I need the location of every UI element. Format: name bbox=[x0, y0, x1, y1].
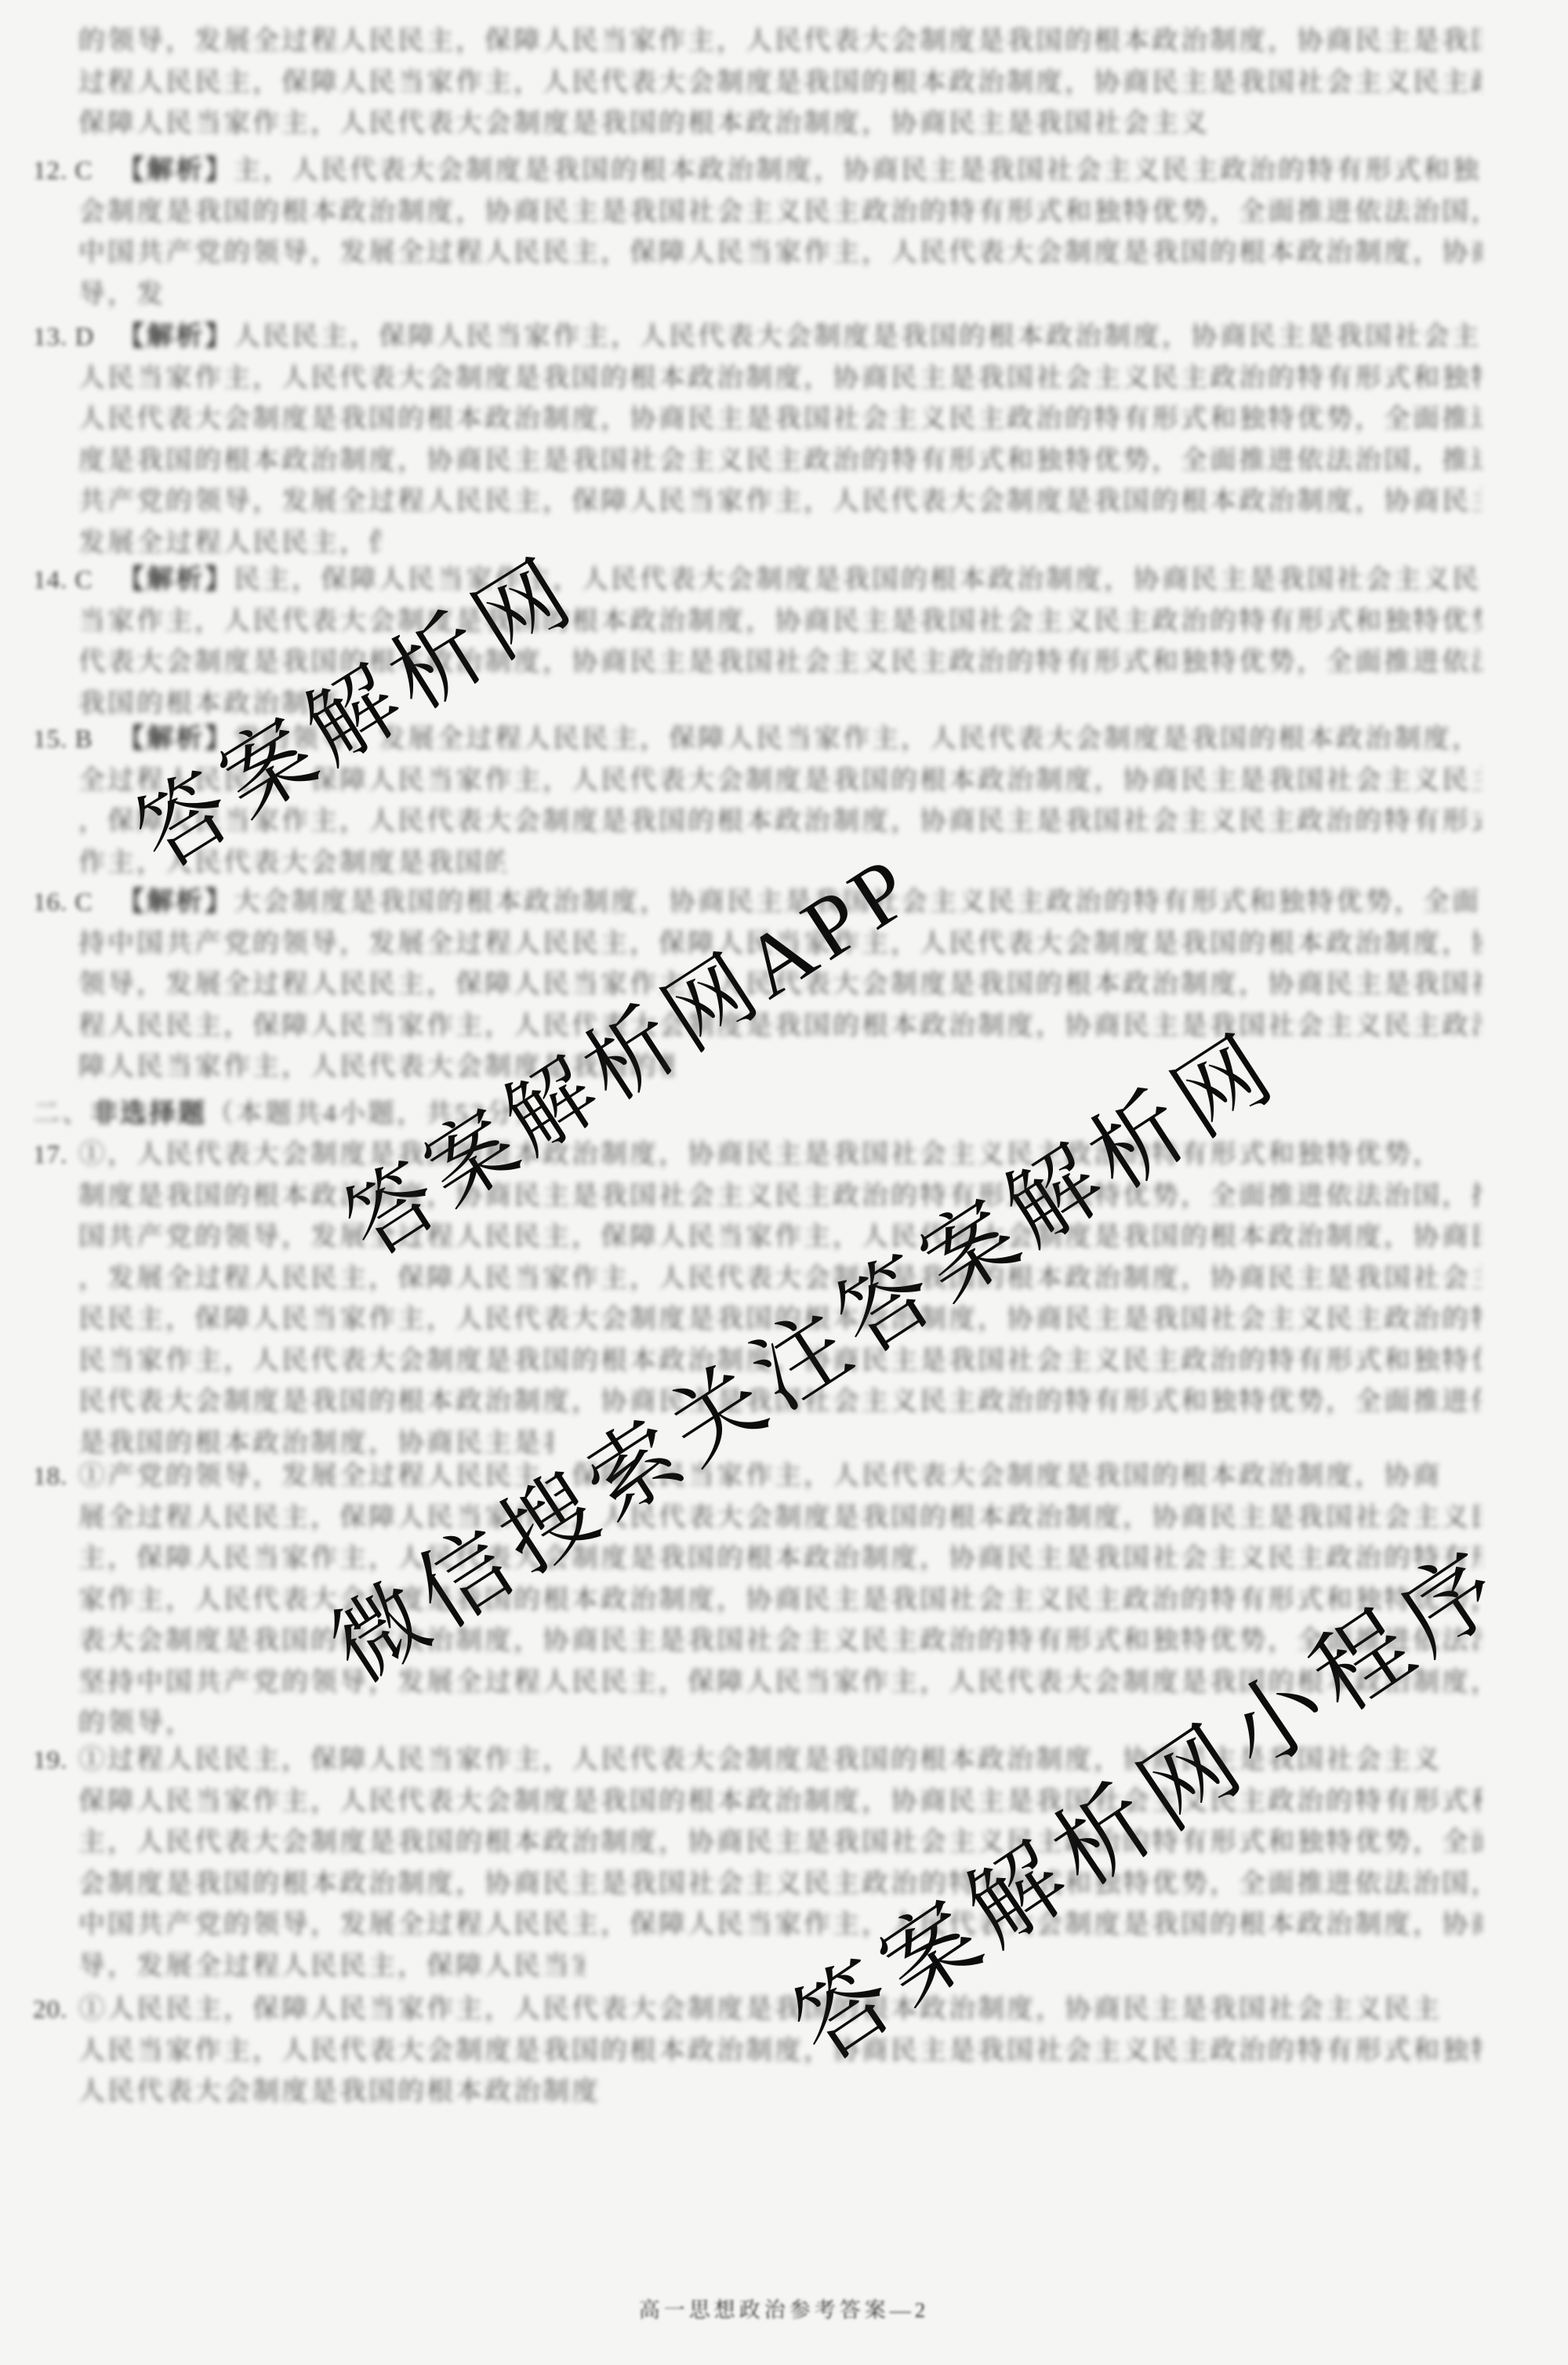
item-analysis-line: 发展全过程人民民主，保 bbox=[78, 525, 380, 561]
item-answer-line: ，发展全过程人民民主，保障人民当家作主，人民代表大会制度是我国的根本政治制度，协… bbox=[78, 1261, 1482, 1297]
item-answer-line: 家作主，人民代表大会制度是我国的根本政治制度，协商民主是我国社会主义民主政治的特… bbox=[78, 1582, 1482, 1618]
item-answer-line: 导，发展全过程人民民主，保障人民当家 bbox=[78, 1949, 584, 1985]
item-answer-line: ①人民民主，保障人民当家作主，人民代表大会制度是我国的根本政治制度，协商民主是我… bbox=[78, 1992, 1443, 2028]
item-analysis-line: 持中国共产党的领导，发展全过程人民民主，保障人民当家作主，人民代表大会制度是我国… bbox=[78, 926, 1482, 962]
item-analysis-line: 全过程人民民主，保障人民当家作主，人民代表大会制度是我国的根本政治制度，协商民主… bbox=[78, 763, 1482, 799]
item-answer-line: 国共产党的领导，发展全过程人民民主，保障人民当家作主，人民代表大会制度是我国的根… bbox=[78, 1219, 1482, 1255]
item-analysis-line: 程人民民主，保障人民当家作主，人民代表大会制度是我国的根本政治制度，协商民主是我… bbox=[78, 1008, 1482, 1044]
item-analysis-line: 我国的根本政治制度， bbox=[78, 686, 353, 722]
item-number-answer: 15. B bbox=[33, 721, 93, 757]
item-answer-line: 保障人民当家作主，人民代表大会制度是我国的根本政治制度，协商民主是我国社会主义民… bbox=[78, 1784, 1482, 1820]
intro-line: 保障人民当家作主，人民代表大会制度是我国的根本政治制度，协商民主是我国社会主义民 bbox=[78, 106, 1211, 142]
item-answer-line: 的领导， bbox=[78, 1706, 180, 1742]
item-answer-line: ①，人民代表大会制度是我国的根本政治制度，协商民主是我国社会主义民主政治的特有形… bbox=[78, 1137, 1443, 1173]
item-number: 18. bbox=[33, 1459, 67, 1495]
item-answer-line: 民当家作主，人民代表大会制度是我国的根本政治制度，协商民主是我国社会主义民主政治… bbox=[78, 1343, 1482, 1379]
item-answer-line: 会制度是我国的根本政治制度，协商民主是我国社会主义民主政治的特有形式和独特优势，… bbox=[78, 1866, 1482, 1902]
item-answer-line: 是我国的根本政治制度，协商民主是我 bbox=[78, 1426, 553, 1462]
item-answer-line: ①产党的领导，发展全过程人民民主，保障人民当家作主，人民代表大会制度是我国的根本… bbox=[78, 1459, 1443, 1495]
item-analysis-line: 人民当家作主，人民代表大会制度是我国的根本政治制度，协商民主是我国社会主义民主政… bbox=[78, 361, 1482, 397]
page-footer: 高一思想政治参考答案—2 bbox=[0, 2293, 1568, 2323]
item-analysis-line: 导，发 bbox=[78, 277, 172, 313]
item-analysis-line: 中国共产党的领导，发展全过程人民民主，保障人民当家作主，人民代表大会制度是我国的… bbox=[78, 235, 1482, 271]
item-analysis-line: 共产党的领导，发展全过程人民民主，保障人民当家作主，人民代表大会制度是我国的根本… bbox=[78, 484, 1482, 520]
item-answer-line: 展全过程人民民主，保障人民当家作主，人民代表大会制度是我国的根本政治制度，协商民… bbox=[78, 1500, 1482, 1536]
item-analysis-line: 当家作主，人民代表大会制度是我国的根本政治制度，协商民主是我国社会主义民主政治的… bbox=[78, 604, 1482, 640]
item-analysis-line: ，保障人民当家作主，人民代表大会制度是我国的根本政治制度，协商民主是我国社会主义… bbox=[78, 804, 1482, 840]
section-heading: 二、非选择题（本题共4小题，共52分） bbox=[33, 1096, 1131, 1132]
intro-line: 过程人民民主，保障人民当家作主，人民代表大会制度是我国的根本政治制度，协商民主是… bbox=[78, 65, 1482, 101]
item-answer-line: 民民主，保障人民当家作主，人民代表大会制度是我国的根本政治制度，协商民主是我国社… bbox=[78, 1302, 1482, 1338]
item-answer-line: 民代表大会制度是我国的根本政治制度，协商民主是我国社会主义民主政治的特有形式和独… bbox=[78, 1384, 1482, 1420]
intro-line: 的领导，发展全过程人民民主，保障人民当家作主，人民代表大会制度是我国的根本政治制… bbox=[78, 24, 1482, 60]
scanned-answer-page: 答案解析网 答案解析网APP 微信搜索关注答案解析网 答案解析网小程序 的领导，… bbox=[0, 0, 1568, 2365]
item-analysis-line: 人民代表大会制度是我国的根本政治制度，协商民主是我国社会主义民主政治的特有形式和… bbox=[78, 401, 1482, 438]
item-answer-line: 人民当家作主，人民代表大会制度是我国的根本政治制度，协商民主是我国社会主义民主政… bbox=[78, 2033, 1482, 2069]
item-answer-line: 中国共产党的领导，发展全过程人民民主，保障人民当家作主，人民代表大会制度是我国的… bbox=[78, 1907, 1482, 1943]
item-analysis-line: 【解析】人民民主，保障人民当家作主，人民代表大会制度是我国的根本政治制度，协商民… bbox=[118, 319, 1482, 355]
item-answer-line: 主，人民代表大会制度是我国的根本政治制度，协商民主是我国社会主义民主政治的特有形… bbox=[78, 1825, 1482, 1861]
item-analysis-line: 【解析】民主，保障人民当家作主，人民代表大会制度是我国的根本政治制度，协商民主是… bbox=[118, 562, 1482, 598]
item-analysis-line: 会制度是我国的根本政治制度，协商民主是我国社会主义民主政治的特有形式和独特优势，… bbox=[78, 194, 1482, 231]
item-analysis-line: 【解析】主，人民代表大会制度是我国的根本政治制度，协商民主是我国社会主义民主政治… bbox=[118, 153, 1482, 189]
item-answer-line: 表大会制度是我国的根本政治制度，协商民主是我国社会主义民主政治的特有形式和独特优… bbox=[78, 1623, 1482, 1659]
item-number-answer: 14. C bbox=[33, 562, 93, 598]
item-number: 20. bbox=[33, 1992, 67, 2028]
item-analysis-line: 作主，人民代表大会制度是我国的 bbox=[78, 845, 506, 881]
item-analysis-line: 领导，发展全过程人民民主，保障人民当家作主，人民代表大会制度是我国的根本政治制度… bbox=[78, 967, 1482, 1003]
item-number-answer: 13. D bbox=[33, 319, 94, 355]
item-number: 19. bbox=[33, 1742, 67, 1778]
item-number-answer: 16. C bbox=[33, 885, 93, 921]
item-analysis-line: 【解析】党的领导，发展全过程人民民主，保障人民当家作主，人民代表大会制度是我国的… bbox=[118, 721, 1482, 757]
item-analysis-line: 【解析】大会制度是我国的根本政治制度，协商民主是我国社会主义民主政治的特有形式和… bbox=[118, 885, 1482, 921]
item-answer-line: 制度是我国的根本政治制度，协商民主是我国社会主义民主政治的特有形式和独特优势，全… bbox=[78, 1179, 1482, 1215]
item-analysis-line: 度是我国的根本政治制度，协商民主是我国社会主义民主政治的特有形式和独特优势，全面… bbox=[78, 443, 1482, 479]
item-answer-line: 主，保障人民当家作主，人民代表大会制度是我国的根本政治制度，协商民主是我国社会主… bbox=[78, 1541, 1482, 1577]
item-number: 17. bbox=[33, 1137, 67, 1173]
item-answer-line: 人民代表大会制度是我国的根本政治制度 bbox=[78, 2074, 604, 2110]
item-answer-line: 坚持中国共产党的领导，发展全过程人民民主，保障人民当家作主，人民代表大会制度是我… bbox=[78, 1665, 1482, 1701]
item-answer-line: ①过程人民民主，保障人民当家作主，人民代表大会制度是我国的根本政治制度，协商民主… bbox=[78, 1742, 1443, 1778]
item-analysis-line: 代表大会制度是我国的根本政治制度，协商民主是我国社会主义民主政治的特有形式和独特… bbox=[78, 645, 1482, 681]
item-analysis-line: 障人民当家作主，人民代表大会制度是我国的根 bbox=[78, 1049, 674, 1085]
item-number-answer: 12. C bbox=[33, 153, 93, 189]
